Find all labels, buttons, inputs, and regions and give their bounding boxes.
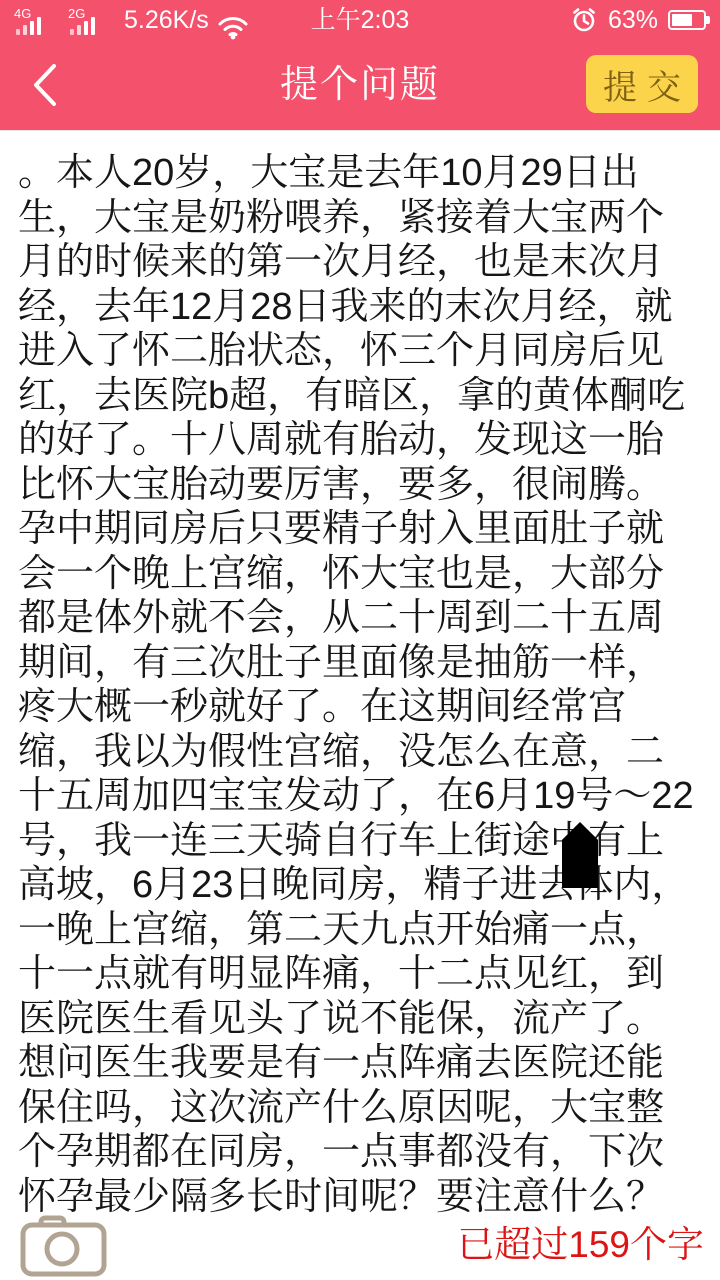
char-limit-warning: 已超过159个字: [457, 1214, 704, 1268]
status-bar: 4G 2G 5.26K/s 上午2:03: [0, 0, 720, 40]
text-line: 。本人20岁，大宝是去年10月29日出: [18, 151, 710, 196]
battery-percent: 63%: [608, 6, 658, 35]
text-line: 缩，我以为假性宫缩，没怎么在意，二: [18, 730, 710, 775]
text-line: 红，去医院b超，有暗区，拿的黄体酮吃: [18, 374, 710, 419]
text-line: 都是体外就不会，从二十周到二十五周: [18, 596, 710, 641]
text-line: 进入了怀二胎状态，怀三个月同房后见: [18, 329, 710, 374]
text-line: 孕中期同房后只要精子射入里面肚子就: [18, 507, 710, 552]
text-line: 疼大概一秒就好了。在这期间经常宫: [18, 685, 710, 730]
text-line: 的好了。十八周就有胎动，发现这一胎: [18, 418, 710, 463]
text-line: 月的时候来的第一次月经，也是末次月: [18, 240, 710, 285]
alarm-icon: [570, 6, 598, 34]
camera-icon: [20, 1215, 108, 1277]
battery-fill: [672, 14, 692, 26]
bottom-bar: 已超过159个字: [0, 1215, 720, 1280]
text-line: 经，去年12月28日我来的末次月经，就: [18, 285, 710, 330]
add-photo-button[interactable]: [20, 1215, 108, 1277]
text-line: 期间，有三次肚子里面像是抽筋一样，: [18, 641, 710, 686]
text-line: 医院医生看见头了说不能保，流产了。: [18, 997, 710, 1042]
submit-button[interactable]: 提交: [586, 55, 698, 113]
text-line: 高坡，6月23日晚同房，精子进去体内，: [18, 863, 710, 908]
text-line: 怀孕最少隔多长时间呢？要注意什么？: [18, 1175, 710, 1216]
text-line: 会一个晚上宫缩，怀大宝也是，大部分: [18, 552, 710, 597]
text-line: 生，大宝是奶粉喂养，紧接着大宝两个: [18, 196, 710, 241]
app-screen: 4G 2G 5.26K/s 上午2:03: [0, 0, 720, 1280]
battery-icon: [668, 10, 706, 30]
text-line: 号，我一连三天骑自行车上街途中有上: [18, 819, 710, 864]
status-right: 63%: [570, 6, 706, 35]
nav-bar: 提个问题 提交: [0, 40, 720, 130]
text-line: 个孕期都在同房，一点事都没有，下次: [18, 1130, 710, 1175]
text-line: 想问医生我要是有一点阵痛去医院还能: [18, 1041, 710, 1086]
question-textarea[interactable]: 。本人20岁，大宝是去年10月29日出生，大宝是奶粉喂养，紧接着大宝两个月的时候…: [0, 130, 720, 1215]
text-line: 十五周加四宝宝发动了，在6月19号～22: [18, 774, 710, 819]
text-line: 保住吗，这次流产什么原因呢，大宝整: [18, 1086, 710, 1131]
text-line: 一晚上宫缩，第二天九点开始痛一点，: [18, 908, 710, 953]
text-line: 比怀大宝胎动要厉害，要多，很闹腾。: [18, 463, 710, 508]
text-line: 十一点就有明显阵痛，十二点见红，到: [18, 952, 710, 997]
